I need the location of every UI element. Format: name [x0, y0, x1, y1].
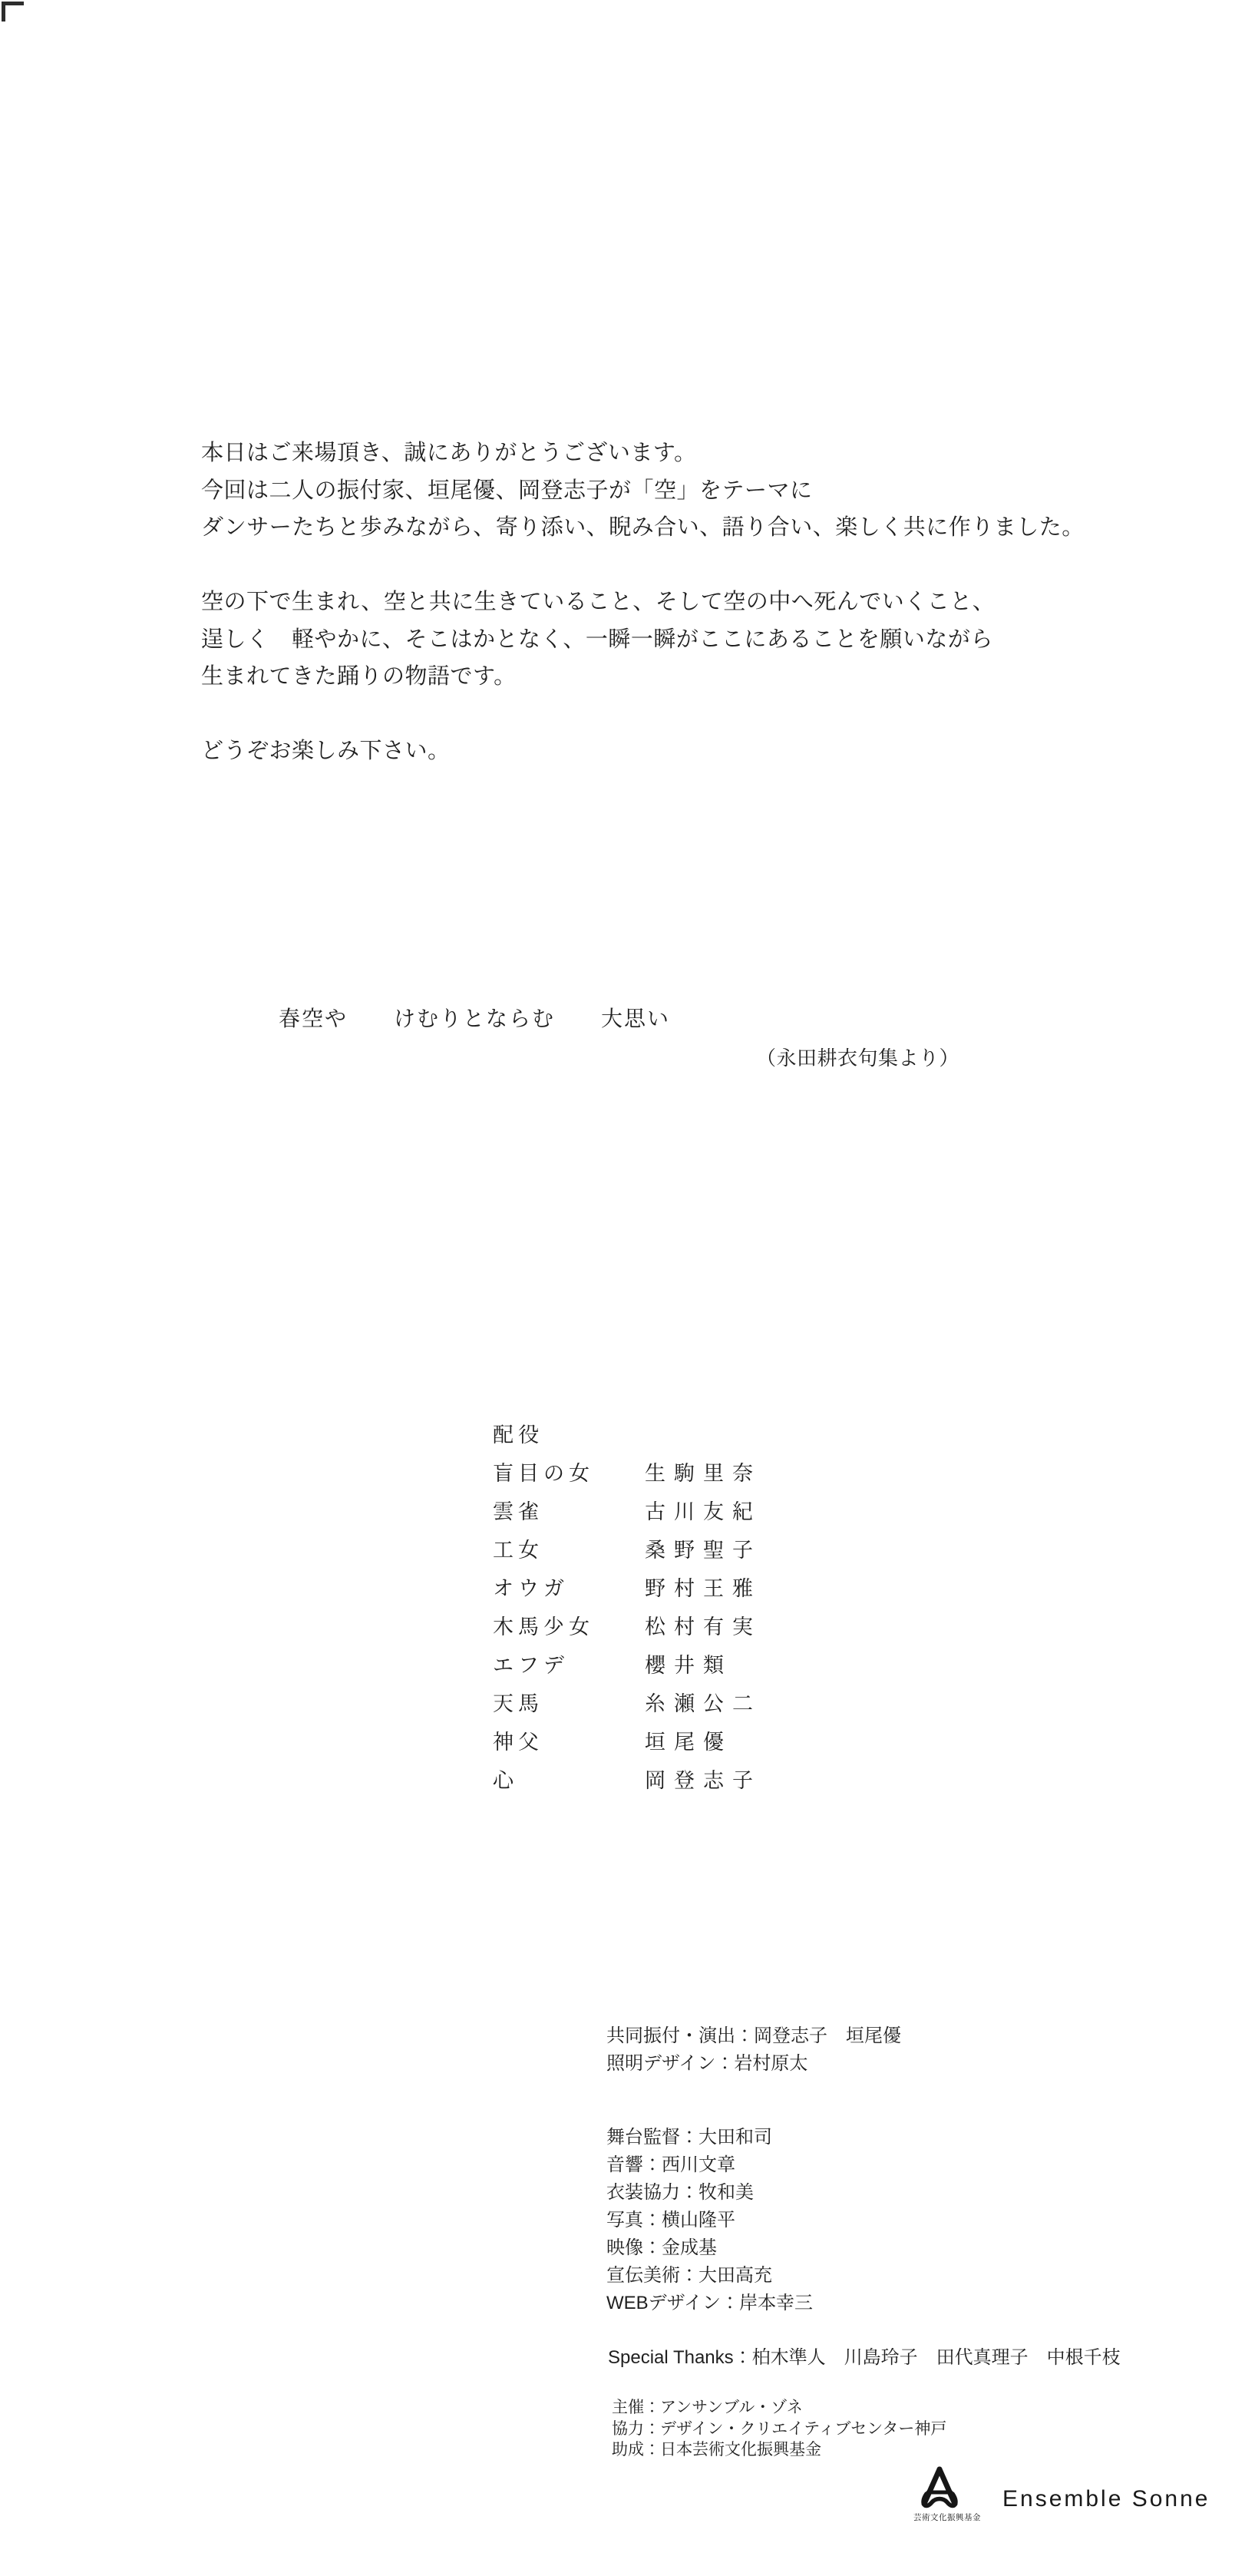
cast-name: 生駒里奈: [645, 1457, 761, 1486]
cast-row: 神父 垣尾優: [493, 1725, 984, 1756]
cast-row: 雲雀 古川友紀: [493, 1495, 984, 1526]
cast-role: 雲雀: [493, 1495, 543, 1525]
credit-line: 主催：アンサンブル・ゾネ: [612, 2397, 946, 2419]
cast-header: 配役: [493, 1418, 543, 1448]
cast-name: 糸瀬公二: [645, 1687, 761, 1717]
credit-line: 宣伝美術：大田高充: [606, 2262, 813, 2290]
cast-role: オウガ: [493, 1572, 569, 1602]
credit-line: 助成：日本芸術文化振興基金: [612, 2439, 946, 2461]
cast-row: 工女 桑野聖子: [493, 1533, 984, 1564]
cast-role: エフデ: [493, 1648, 569, 1678]
arts-fund-logo-icon: [916, 2466, 963, 2509]
special-thanks-line: Special Thanks：柏木準人 川島玲子 田代真理子 中根千枝: [608, 2342, 1121, 2369]
cast-role: 木馬少女: [493, 1610, 594, 1640]
fund-logo-caption: 芸術文化振興基金: [913, 2512, 967, 2523]
cast-name: 松村有実: [645, 1610, 761, 1640]
credits-staff: 舞台監督：大田和司 音響：西川文章 衣装協力：牧和美 写真：横山隆平 映像：金成…: [606, 2124, 813, 2317]
cast-role: 天馬: [493, 1687, 543, 1717]
cast-name: 櫻井類: [645, 1648, 732, 1678]
credit-line: WEBデザイン：岸本幸三: [606, 2290, 813, 2317]
cast-name: 古川友紀: [645, 1495, 761, 1525]
credits-direction: 共同振付・演出：岡登志子 垣尾優 照明デザイン：岩村原太: [606, 2022, 901, 2078]
credit-line: 共同振付・演出：岡登志子 垣尾優: [606, 2022, 901, 2050]
cast-name: 垣尾優: [645, 1725, 732, 1755]
cast-role: 工女: [493, 1533, 543, 1563]
credit-line: 舞台監督：大田和司: [606, 2124, 813, 2151]
credit-line: 協力：デザイン・クリエイティブセンター神戸: [612, 2419, 946, 2440]
cast-role: 神父: [493, 1725, 543, 1755]
credit-line: 音響：西川文章: [606, 2151, 813, 2179]
program-page: 本日はご来場頂き、誠にありがとうございます。 今回は二人の振付家、垣尾優、岡登志…: [0, 0, 1245, 2576]
cast-row: 木馬少女 松村有実: [493, 1610, 984, 1641]
credit-line: 衣装協力：牧和美: [606, 2179, 813, 2207]
cast-row: 盲目の女 生駒里奈: [493, 1457, 984, 1487]
haiku-attribution: （永田耕衣句集より）: [756, 1043, 959, 1071]
cast-name: 桑野聖子: [645, 1533, 761, 1563]
credit-line: 映像：金成基: [606, 2234, 813, 2262]
cast-name: 野村王雅: [645, 1572, 761, 1602]
credit-line: 写真：横山隆平: [606, 2207, 813, 2234]
cast-row: 心 岡登志子: [493, 1764, 984, 1794]
cast-role: 盲目の女: [493, 1457, 594, 1486]
corner-crop-mark: [2, 2, 24, 21]
greeting-paragraph: 本日はご来場頂き、誠にありがとうございます。 今回は二人の振付家、垣尾優、岡登志…: [201, 435, 1085, 770]
cast-row: 天馬 糸瀬公二: [493, 1687, 984, 1718]
cast-row: エフデ 櫻井類: [493, 1648, 984, 1679]
organizer-credits: 主催：アンサンブル・ゾネ 協力：デザイン・クリエイティブセンター神戸 助成：日本…: [612, 2397, 946, 2461]
brand-wordmark: Ensemble Sonne: [1002, 2486, 1210, 2512]
cast-name: 岡登志子: [645, 1764, 761, 1794]
credit-line: 照明デザイン：岩村原太: [606, 2050, 901, 2078]
haiku-verse: 春空や けむりとならむ 大思い: [279, 1002, 670, 1033]
cast-row: オウガ 野村王雅: [493, 1572, 984, 1602]
cast-role: 心: [493, 1764, 518, 1794]
